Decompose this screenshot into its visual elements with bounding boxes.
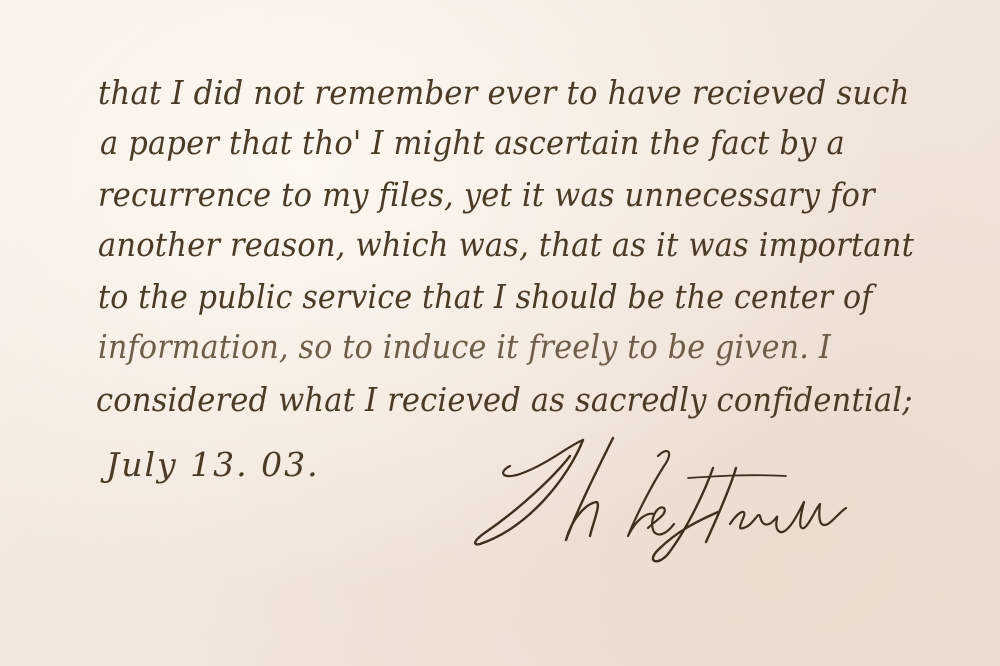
letter-line-7: considered what I recieved as sacredly c… — [96, 383, 913, 416]
signature-strokes-icon — [468, 428, 848, 568]
letter-line-2: a paper that tho' I might ascertain the … — [100, 126, 845, 159]
letter-line-4: another reason, which was, that as it wa… — [98, 228, 914, 261]
letter-line-3: recurrence to my files, yet it was unnec… — [98, 178, 875, 211]
letter-line-1: that I did not remember ever to have rec… — [98, 76, 910, 109]
letter-date: July 13. 03. — [106, 445, 320, 484]
signature: Th: Jefferson — [468, 428, 848, 568]
letter-page: that I did not remember ever to have rec… — [0, 0, 1000, 666]
letter-line-5: to the public service that I should be t… — [98, 280, 873, 313]
letter-line-6: information, so to induce it freely to b… — [98, 330, 831, 363]
